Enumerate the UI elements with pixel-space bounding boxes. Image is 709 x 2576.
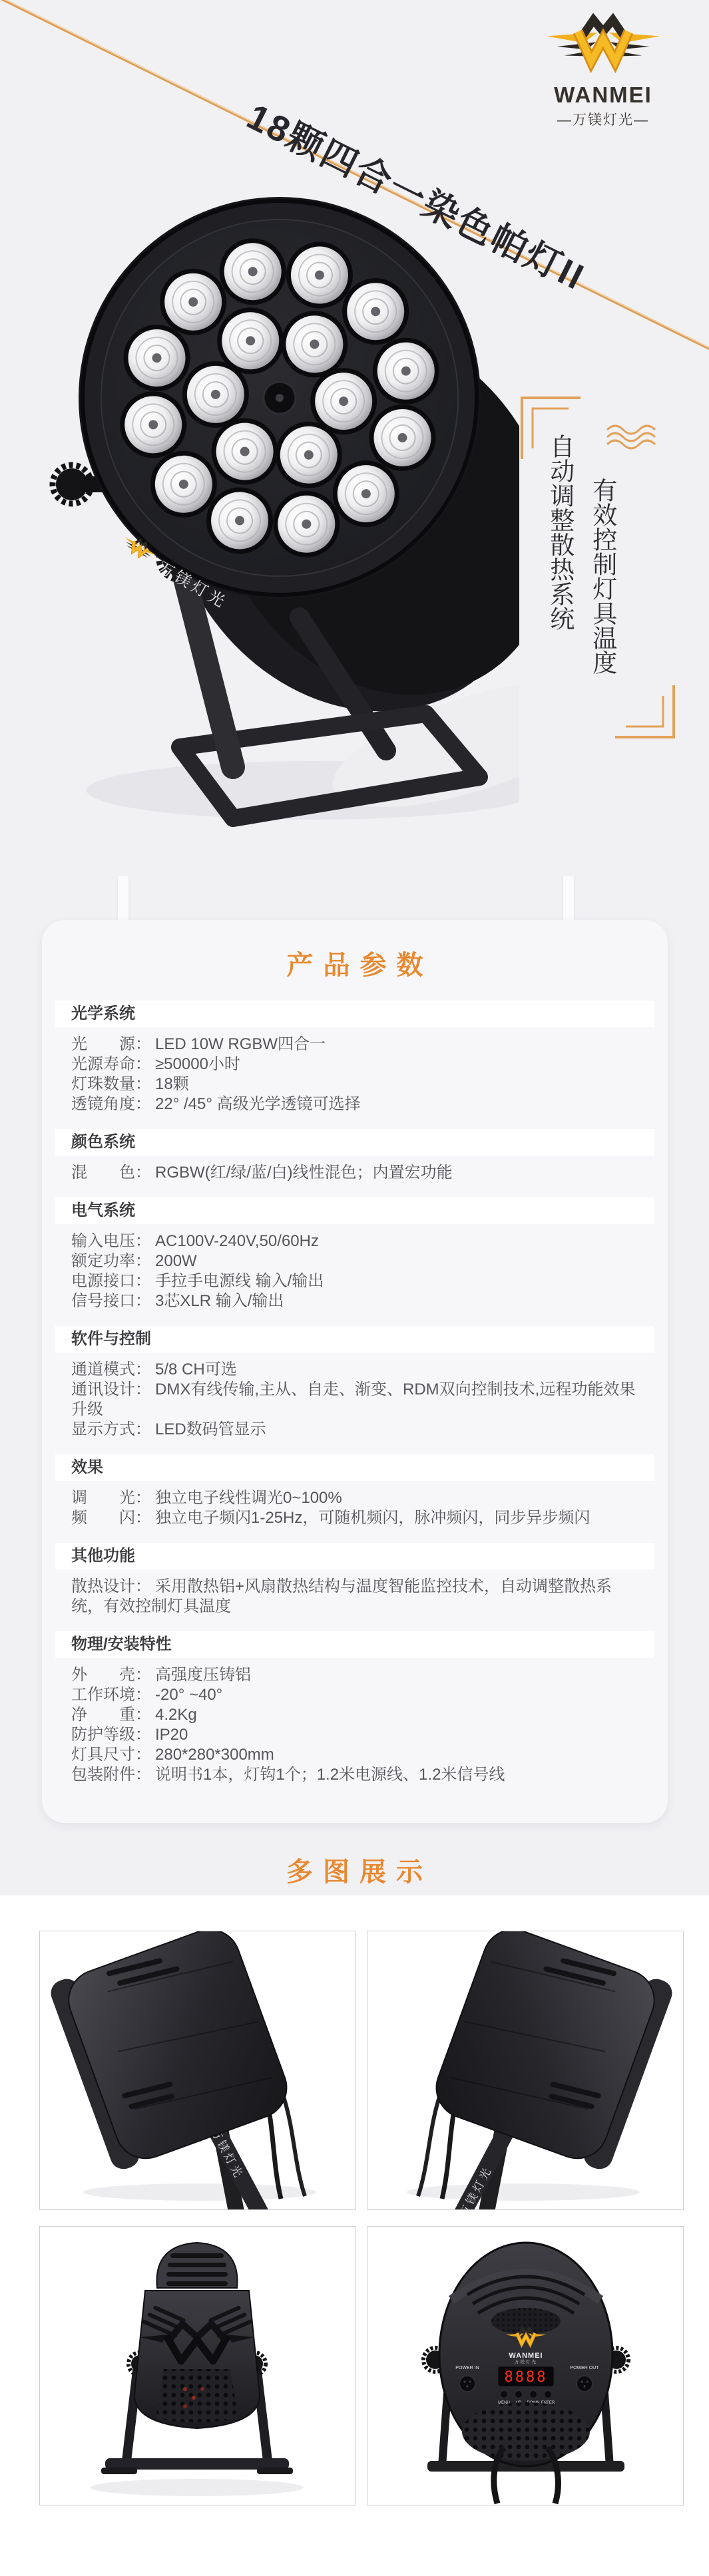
- spec-row: 净 重：4.2Kg: [71, 1705, 638, 1725]
- spec-label: 透镜角度: [71, 1095, 135, 1113]
- spec-colon: ：: [135, 1706, 155, 1724]
- spec-row: 电源接口：手拉手电源线 输入/输出: [71, 1271, 638, 1291]
- spec-colon: ：: [135, 1035, 155, 1053]
- spec-colon: ：: [135, 1686, 155, 1704]
- spec-label: 散热设计: [71, 1577, 135, 1595]
- spec-value: ≥50000小时: [155, 1055, 240, 1073]
- rear-brand-text: WANMEI: [509, 2352, 543, 2360]
- spec-label: 防护等级: [71, 1726, 135, 1744]
- spec-section-heading: 颜色系统: [55, 1129, 654, 1156]
- spec-label: 频 闪: [71, 1509, 135, 1527]
- spec-row: 灯具尺寸：280*280*300mm: [71, 1745, 638, 1765]
- rear-brand-cn-text: 万镁灯光: [515, 2358, 537, 2364]
- spec-colon: ：: [135, 1272, 155, 1290]
- spec-row: 显示方式：LED数码管显示: [71, 1420, 638, 1440]
- spec-section: 物理/安装特性 外 壳：高强度压铸铝 工作环境：-20° ~40° 净 重：4.…: [42, 1631, 668, 1785]
- spec-row: 包装附件：说明书1本，灯钩1个；1.2米电源线、1.2米信号线: [71, 1765, 638, 1785]
- spec-value: 独立电子线性调光0~100%: [155, 1489, 342, 1507]
- spec-rows: 通道模式：5/8 CH可选 通讯设计：DMX有线传输,主从、自走、渐变、RDM双…: [42, 1360, 668, 1440]
- spec-colon: ：: [135, 1361, 155, 1378]
- spec-value: IP20: [155, 1726, 188, 1744]
- spec-section-heading: 软件与控制: [55, 1326, 654, 1353]
- spec-value: 4.2Kg: [155, 1706, 197, 1724]
- spec-section: 颜色系统 混 色：RGBW(红/绿/蓝/白)线性混色；内置宏功能: [42, 1129, 668, 1183]
- spec-label: 净 重: [71, 1706, 135, 1724]
- gallery-photo-rear-panel: WANMEI 万镁灯光 POWER IN POWER OUT 8888 MENU…: [367, 2226, 684, 2505]
- spec-value: 独立电子频闪1-25Hz，可随机频闪，脉冲频闪，同步异步频闪: [155, 1509, 590, 1527]
- feature-text-cooling: 自动调整散热系统: [546, 434, 573, 631]
- spec-colon: ：: [135, 1577, 155, 1595]
- spec-section-heading: 电气系统: [55, 1198, 654, 1224]
- spec-sections: 光学系统 光 源：LED 10W RGBW四合一 光源寿命：≥50000小时 灯…: [42, 1001, 668, 1785]
- spec-row: 通道模式：5/8 CH可选: [71, 1360, 638, 1380]
- spec-row: 散热设计：采用散热铝+风扇散热结构与温度智能监控技术，自动调整散热系统，有效控制…: [71, 1577, 638, 1617]
- spec-label: 光源寿命: [71, 1055, 135, 1073]
- spec-value: 280*280*300mm: [155, 1746, 274, 1764]
- spec-colon: ：: [135, 1509, 155, 1527]
- spec-row: 光源寿命：≥50000小时: [71, 1054, 638, 1074]
- spec-label: 灯珠数量: [71, 1075, 135, 1093]
- spec-section-heading: 光学系统: [55, 1001, 654, 1027]
- spec-rows: 混 色：RGBW(红/绿/蓝/白)线性混色；内置宏功能: [42, 1163, 668, 1183]
- spec-row: 输入电压：AC100V-240V,50/60Hz: [71, 1231, 638, 1251]
- wanmei-logo-icon: [537, 9, 670, 84]
- spec-section-heading: 其他功能: [55, 1543, 654, 1569]
- brand-subtitle: —万镁灯光—: [523, 109, 683, 129]
- card-hanging-tab: [563, 876, 574, 925]
- spec-colon: ：: [135, 1055, 155, 1073]
- spec-row: 工作环境：-20° ~40°: [71, 1685, 638, 1705]
- spec-row: 外 壳：高强度压铸铝: [71, 1665, 638, 1685]
- card-hanging-tab: [118, 876, 128, 925]
- spec-colon: ：: [135, 1095, 155, 1113]
- spec-colon: ：: [135, 1292, 155, 1310]
- spec-colon: ：: [135, 1766, 155, 1784]
- spec-label: 通讯设计: [71, 1380, 135, 1398]
- spec-label: 通道模式: [71, 1361, 135, 1378]
- spec-rows: 光 源：LED 10W RGBW四合一 光源寿命：≥50000小时 灯珠数量：1…: [42, 1035, 668, 1114]
- spec-value: 高强度压铸铝: [155, 1666, 251, 1684]
- spec-label: 输入电压: [71, 1232, 135, 1250]
- led-display: 8888: [505, 2369, 548, 2386]
- spec-value: AC100V-240V,50/60Hz: [155, 1232, 319, 1250]
- spec-label: 灯具尺寸: [71, 1746, 135, 1764]
- spec-section-heading: 物理/安装特性: [55, 1631, 654, 1658]
- spec-value: -20° ~40°: [155, 1686, 222, 1704]
- parameters-title: 产品参数: [42, 944, 668, 982]
- spec-colon: ：: [135, 1164, 155, 1182]
- spec-value: RGBW(红/绿/蓝/白)线性混色；内置宏功能: [155, 1164, 453, 1182]
- spec-colon: ：: [135, 1666, 155, 1684]
- gallery-photo-back-top: [39, 2226, 356, 2505]
- power-in-label: POWER IN: [455, 2366, 479, 2370]
- brand-logo: WANMEI —万镁灯光—: [523, 9, 683, 129]
- spec-row: 光 源：LED 10W RGBW四合一: [71, 1035, 638, 1054]
- spec-colon: ：: [135, 1380, 155, 1398]
- power-out-label: POWER OUT: [570, 2366, 599, 2370]
- spec-row: 额定功率：200W: [71, 1251, 638, 1271]
- spec-value: 说明书1本，灯钩1个；1.2米电源线、1.2米信号线: [155, 1766, 505, 1784]
- spec-row: 调 光：独立电子线性调光0~100%: [71, 1488, 638, 1508]
- gallery-title: 多图展示: [0, 1851, 709, 1889]
- spec-label: 混 色: [71, 1164, 135, 1182]
- spec-value: 18颗: [155, 1075, 189, 1093]
- spec-colon: ：: [135, 1232, 155, 1250]
- brand-name: WANMEI: [523, 84, 683, 107]
- spec-value: 200W: [155, 1252, 197, 1270]
- spec-section: 电气系统 输入电压：AC100V-240V,50/60Hz 额定功率：200W …: [42, 1198, 668, 1311]
- spec-colon: ：: [135, 1420, 155, 1438]
- spec-row: 透镜角度：22° /45° 高级光学透镜可选择: [71, 1094, 638, 1114]
- gallery-photo-side-left: 万镁灯光: [39, 1931, 356, 2210]
- spec-colon: ：: [135, 1746, 155, 1764]
- spec-row: 混 色：RGBW(红/绿/蓝/白)线性混色；内置宏功能: [71, 1163, 638, 1183]
- spec-row: 信号接口：3芯XLR 输入/输出: [71, 1291, 638, 1311]
- spec-colon: ：: [135, 1726, 155, 1744]
- spec-row: 通讯设计：DMX有线传输,主从、自走、渐变、RDM双向控制技术,远程功能效果升级: [71, 1380, 638, 1420]
- spec-label: 包装附件: [71, 1766, 135, 1784]
- spec-value: LED数码管显示: [155, 1420, 266, 1438]
- spec-colon: ：: [135, 1252, 155, 1270]
- spec-label: 工作环境: [71, 1686, 135, 1704]
- spec-value: 手拉手电源线 输入/输出: [155, 1272, 324, 1290]
- spec-value: 3芯XLR 输入/输出: [155, 1292, 284, 1310]
- spec-row: 频 闪：独立电子频闪1-25Hz，可随机频闪，脉冲频闪，同步异步频闪: [71, 1508, 638, 1528]
- spec-rows: 外 壳：高强度压铸铝 工作环境：-20° ~40° 净 重：4.2Kg 防护等级…: [42, 1665, 668, 1785]
- spec-colon: ：: [135, 1075, 155, 1093]
- spec-value: DMX有线传输,主从、自走、渐变、RDM双向控制技术,远程功能效果升级: [71, 1380, 635, 1418]
- spec-value: 22° /45° 高级光学透镜可选择: [155, 1095, 361, 1113]
- spec-rows: 输入电压：AC100V-240V,50/60Hz 额定功率：200W 电源接口：…: [42, 1231, 668, 1311]
- spec-colon: ：: [135, 1489, 155, 1507]
- gallery-photo-side-right: 万镁灯光: [367, 1931, 684, 2210]
- spec-rows: 散热设计：采用散热铝+风扇散热结构与温度智能监控技术，自动调整散热系统，有效控制…: [42, 1577, 668, 1617]
- product-page: 18颗四合一染色帕灯II WANMEI —万镁灯光—: [0, 0, 709, 2576]
- spec-label: 光 源: [71, 1035, 135, 1053]
- spec-label: 调 光: [71, 1489, 135, 1507]
- spec-label: 显示方式: [71, 1420, 135, 1438]
- spec-section: 光学系统 光 源：LED 10W RGBW四合一 光源寿命：≥50000小时 灯…: [42, 1001, 668, 1114]
- spec-label: 电源接口: [71, 1272, 135, 1290]
- spec-value: LED 10W RGBW四合一: [155, 1035, 326, 1053]
- spec-section: 其他功能 散热设计：采用散热铝+风扇散热结构与温度智能监控技术，自动调整散热系统…: [42, 1543, 668, 1617]
- spec-label: 信号接口: [71, 1292, 135, 1310]
- feature-text-temperature: 有效控制灯具温度: [589, 478, 616, 675]
- spec-label: 额定功率: [71, 1252, 135, 1270]
- spec-label: 外 壳: [71, 1666, 135, 1684]
- hero-product-image: 万镁灯光: [13, 112, 519, 838]
- spec-rows: 调 光：独立电子线性调光0~100% 频 闪：独立电子频闪1-25Hz，可随机频…: [42, 1488, 668, 1528]
- spec-section: 效果 调 光：独立电子线性调光0~100% 频 闪：独立电子频闪1-25Hz，可…: [42, 1454, 668, 1528]
- spec-row: 灯珠数量：18颗: [71, 1074, 638, 1094]
- spec-section: 软件与控制 通道模式：5/8 CH可选 通讯设计：DMX有线传输,主从、自走、渐…: [42, 1326, 668, 1440]
- spec-row: 防护等级：IP20: [71, 1725, 638, 1745]
- spec-value: 5/8 CH可选: [155, 1361, 237, 1378]
- parameters-card: 产品参数 光学系统 光 源：LED 10W RGBW四合一 光源寿命：≥5000…: [42, 920, 668, 1823]
- spec-section-heading: 效果: [55, 1454, 654, 1481]
